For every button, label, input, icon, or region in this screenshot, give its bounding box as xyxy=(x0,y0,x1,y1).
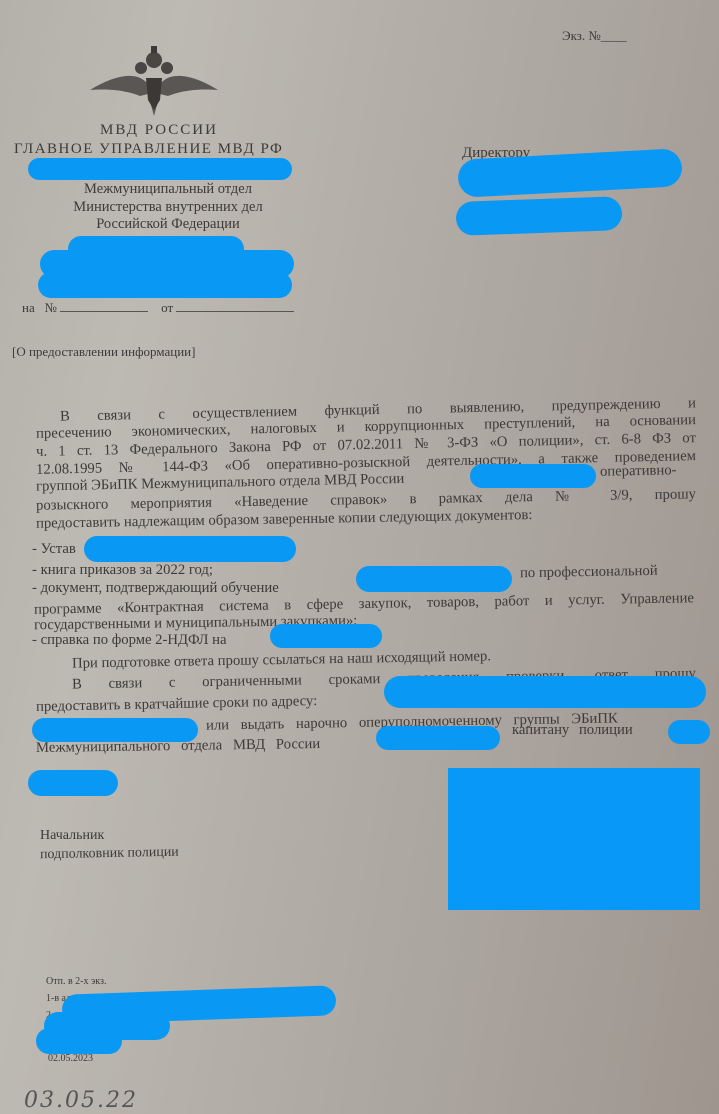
signatory-position: Начальник xyxy=(40,828,104,844)
signatory-rank: подполковник полиции xyxy=(40,845,179,863)
print-date: 02.05.2023 xyxy=(48,1053,93,1064)
org-line-1: Межмуниципальный отдел xyxy=(38,181,298,198)
ref-number-blank xyxy=(60,311,148,312)
redaction-block xyxy=(470,464,596,488)
subject-line: [О предоставлении информации] xyxy=(12,344,195,360)
closing-line: капитану полиции xyxy=(512,722,633,739)
redaction-block xyxy=(28,158,292,180)
closing-line: предоставить в кратчайшие сроки по адрес… xyxy=(36,693,318,716)
main-department-name: ГЛАВНОЕ УПРАВЛЕНИЕ МВД РФ xyxy=(14,141,283,158)
redaction-signature-box xyxy=(448,768,700,910)
mvd-eagle-emblem-icon xyxy=(86,38,222,124)
redaction-block xyxy=(376,726,500,750)
list-item-training-doc-cont: по профессиональной xyxy=(520,563,658,583)
list-item-training-doc: - документ, подтверждающий обучение xyxy=(32,580,279,597)
body-line-fragment: оперативно- xyxy=(600,462,677,481)
list-item-ndfl: - справка по форме 2-НДФЛ на xyxy=(32,632,227,649)
redaction-block xyxy=(36,1028,122,1054)
redaction-block xyxy=(384,676,706,708)
copy-number-label: Экз. №____ xyxy=(562,28,627,44)
redaction-block xyxy=(455,196,622,236)
closing-line: Межмуниципального отдела МВД России xyxy=(36,736,320,757)
ministry-name: МВД РОССИИ xyxy=(100,122,218,139)
reference-line: на № от xyxy=(22,300,294,316)
redaction-block xyxy=(668,720,710,744)
ref-date-blank xyxy=(176,311,294,312)
document-page: МВД РОССИИ ГЛАВНОЕ УПРАВЛЕНИЕ МВД РФ Меж… xyxy=(0,0,719,1114)
org-line-3: Российской Федерации xyxy=(38,216,298,233)
handwritten-date: 03.05.22 xyxy=(24,1088,138,1113)
redaction-block xyxy=(270,624,382,648)
redaction-block xyxy=(28,770,118,796)
redaction-block xyxy=(38,272,292,298)
redaction-block xyxy=(356,566,512,592)
copies-note: Отп. в 2-х экз. xyxy=(46,976,106,987)
closing-line: При подготовке ответа прошу ссылаться на… xyxy=(72,648,491,673)
org-line-2: Министерства внутренних дел xyxy=(38,199,298,216)
list-item-charter: - Устав xyxy=(32,541,76,558)
redaction-block xyxy=(84,536,296,562)
list-item-order-book: - книга приказов за 2022 год; xyxy=(32,562,213,579)
